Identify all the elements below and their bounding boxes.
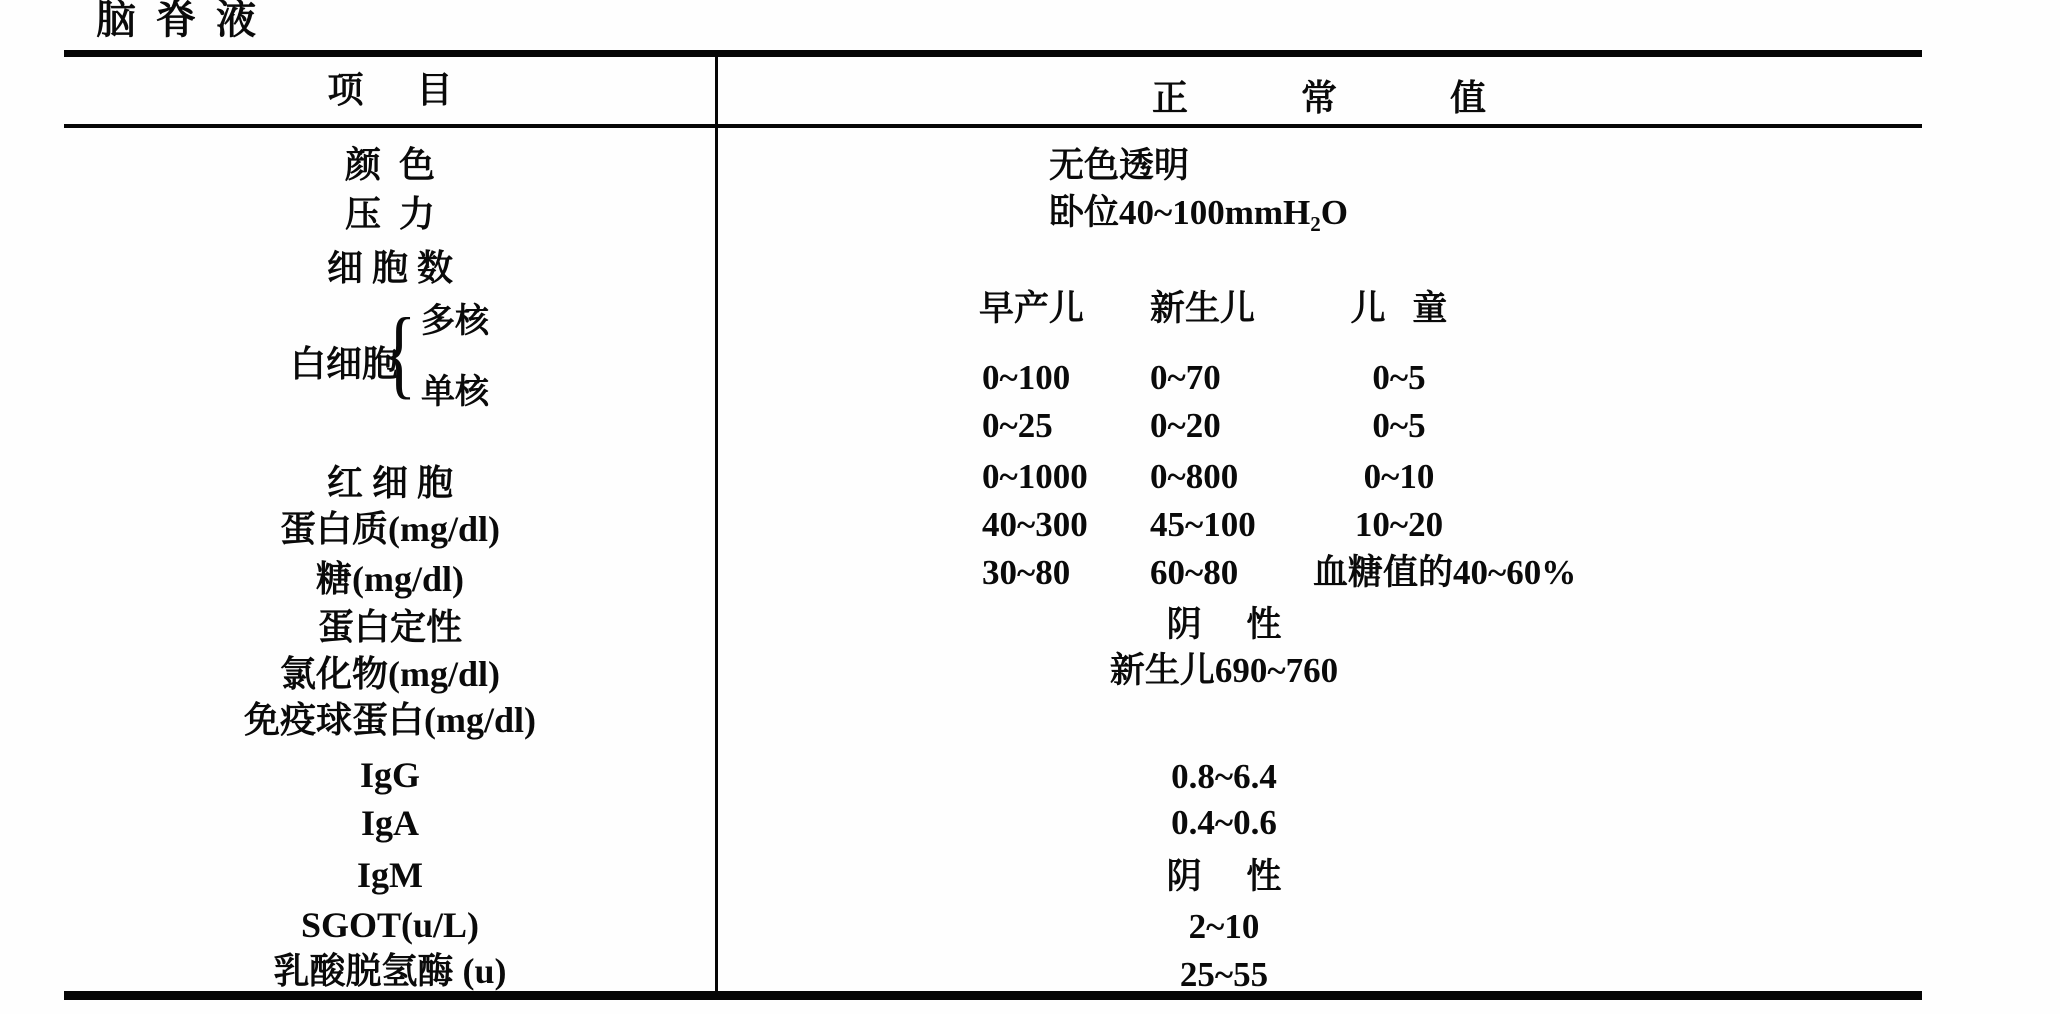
- column-header-item: 项 目: [64, 70, 716, 110]
- document-page: 脑 脊 液 项 目 正 常 值 颜 色 压 力 细 胞 数 白细胞 { 多核 单…: [0, 0, 2060, 1014]
- row-label-sgot: SGOT(u/L): [64, 906, 716, 944]
- age-header-newborn: 新生儿: [1150, 290, 1255, 328]
- glucose-child-value: 血糖值的40~60%: [1313, 554, 1576, 592]
- row-label-igg: IgG: [64, 756, 716, 794]
- row-label-cell-count: 细 胞 数: [64, 249, 716, 287]
- protein-child-value: 10~20: [1294, 506, 1504, 544]
- wbc-poly-newborn-value: 0~70: [1150, 359, 1221, 397]
- table: 项 目 正 常 值 颜 色 压 力 细 胞 数 白细胞 { 多核 单核 红 细 …: [64, 50, 1922, 1000]
- row-value-pressure: 卧位40~100mmH₂O: [1049, 194, 1348, 232]
- chloride-value: 新生儿690~760: [964, 652, 1484, 690]
- glucose-newborn-value: 60~80: [1150, 554, 1238, 592]
- rbc-child-value: 0~10: [1294, 458, 1504, 496]
- protein-newborn-value: 45~100: [1150, 506, 1256, 544]
- protein-premature-value: 40~300: [982, 506, 1088, 544]
- age-header-child: 儿 童: [1294, 290, 1504, 328]
- row-label-color: 颜 色: [64, 146, 716, 184]
- table-top-border: [64, 50, 1922, 57]
- age-header-premature: 早产儿: [979, 290, 1084, 328]
- ldh-value: 25~55: [964, 956, 1484, 994]
- row-label-protein-qualitative: 蛋白定性: [64, 608, 716, 646]
- row-label-iga: IgA: [64, 804, 716, 842]
- row-value-color: 无色透明: [1049, 147, 1189, 185]
- row-label-immunoglobulin: 免疫球蛋白(mg/dl): [64, 701, 716, 739]
- sgot-value: 2~10: [964, 908, 1484, 946]
- document-title: 脑 脊 液: [96, 0, 256, 42]
- wbc-mono-newborn-value: 0~20: [1150, 407, 1221, 445]
- row-label-glucose: 糖(mg/dl): [64, 560, 716, 598]
- protein-qualitative-value: 阴 性: [964, 606, 1484, 644]
- glucose-premature-value: 30~80: [982, 554, 1070, 592]
- wbc-mono-premature-value: 0~25: [982, 407, 1053, 445]
- rbc-newborn-value: 0~800: [1150, 458, 1238, 496]
- rbc-premature-value: 0~1000: [982, 458, 1088, 496]
- row-label-ldh: 乳酸脱氢酶 (u): [64, 952, 716, 990]
- wbc-poly-child-value: 0~5: [1294, 359, 1504, 397]
- wbc-mono-child-value: 0~5: [1294, 407, 1504, 445]
- wbc-brace-icon: {: [382, 294, 417, 412]
- row-label-pressure: 压 力: [64, 195, 716, 233]
- column-header-normal-value: 正 常 值: [716, 78, 1922, 118]
- row-label-rbc: 红 细 胞: [64, 464, 716, 502]
- igg-value: 0.8~6.4: [964, 758, 1484, 796]
- row-label-protein: 蛋白质(mg/dl): [64, 510, 716, 548]
- row-label-chloride: 氯化物(mg/dl): [64, 655, 716, 693]
- header-separator-line: [64, 124, 1922, 128]
- igm-value: 阴 性: [964, 858, 1484, 896]
- row-label-wbc-polynuclear: 多核: [421, 304, 489, 340]
- wbc-poly-premature-value: 0~100: [982, 359, 1070, 397]
- row-label-igm: IgM: [64, 856, 716, 894]
- row-label-wbc-mononuclear: 单核: [421, 375, 489, 411]
- iga-value: 0.4~0.6: [964, 804, 1484, 842]
